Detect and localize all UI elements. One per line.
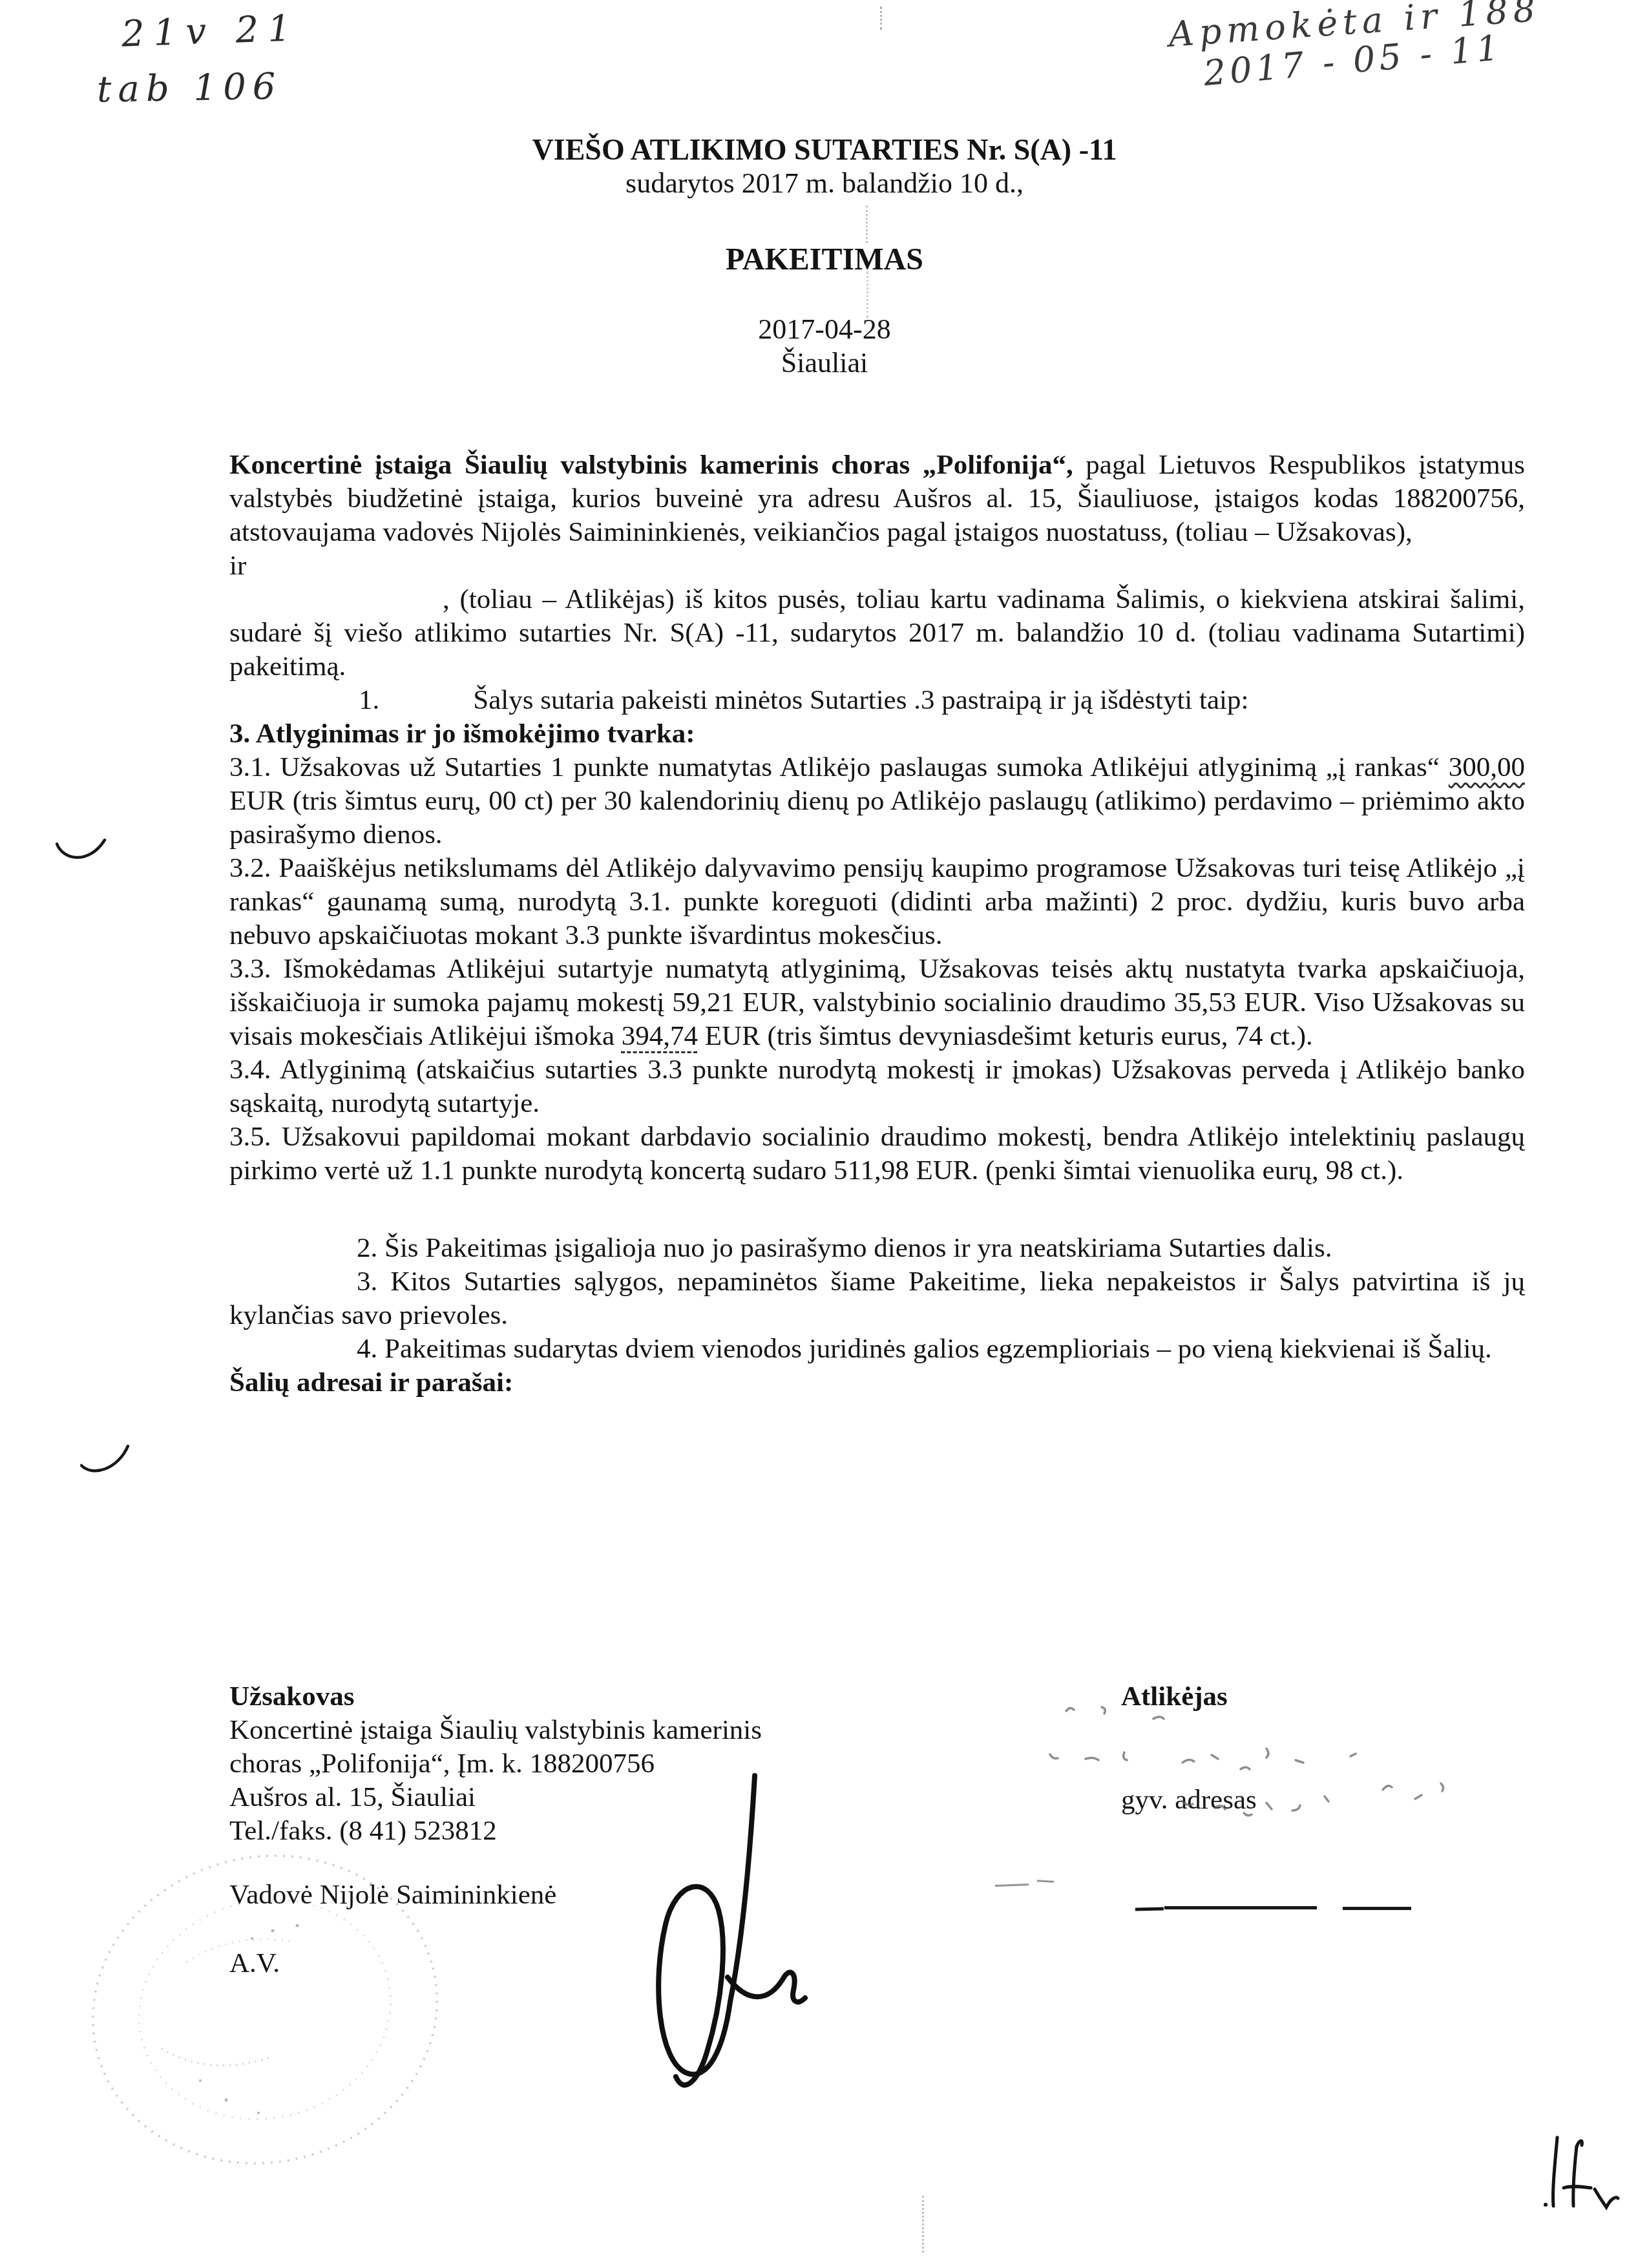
clause-3-1: 3.1. Užsakovas už Sutarties 1 punkte num… — [229, 751, 1525, 852]
paragraph-performer: , (toliau – Atlikėjas) iš kitos pusės, t… — [229, 583, 1525, 684]
performer-signature-line — [1164, 1906, 1317, 1909]
document-title: VIEŠO ATLIKIMO SUTARTIES Nr. S(A) -11 — [0, 133, 1649, 167]
client-role-label: Užsakovas — [229, 1680, 837, 1714]
clause-3-2: 3.2. Paaiškėjus netikslumams dėl Atlikėj… — [229, 852, 1525, 952]
performer-clause: , (toliau – Atlikėjas) iš kitos pusės, t… — [229, 584, 1525, 682]
item-1-number: 1. — [359, 685, 379, 715]
paragraph-parties: Koncertinė įstaiga Šiaulių valstybinis k… — [229, 448, 1525, 549]
signature-stroke — [575, 1764, 846, 2139]
corner-initials-mark — [1537, 2125, 1633, 2234]
addresses-heading: Šalių adresai ir parašai: — [229, 1366, 1525, 1400]
scan-fold-mark — [880, 6, 882, 30]
round-stamp — [58, 1829, 472, 2190]
amount-300-underlined: 300,00 — [1449, 752, 1525, 782]
clause-3-4: 3.4. Atlyginimą (atskaičius sutarties 3.… — [229, 1053, 1525, 1120]
margin-check-mark — [76, 1440, 134, 1478]
title-block: VIEŠO ATLIKIMO SUTARTIES Nr. S(A) -11 su… — [0, 133, 1649, 380]
closing-items: 2. Šis Pakeitimas įsigalioja nuo jo pasi… — [229, 1232, 1525, 1366]
document-subtitle: sudarytos 2017 m. balandžio 10 d., — [0, 167, 1649, 200]
margin-check-mark — [53, 832, 111, 871]
amendment-heading: PAKEITIMAS — [0, 243, 1649, 277]
numbered-item-1: 1.Šalys sutaria pakeisti minėtos Sutarti… — [229, 684, 1525, 717]
handwritten-note-top-left-1: 21v 21 — [121, 7, 300, 56]
scanned-contract-page: 21v 21 tab 106 Apmokėta ir 188 2017 - 05… — [0, 0, 1649, 2268]
numbered-item-4: 4. Pakeitimas sudarytas dviem vienodos j… — [229, 1332, 1525, 1366]
numbered-item-3: 3. Kitos Sutarties sąlygos, nepaminėtos … — [229, 1265, 1525, 1332]
client-address-line-1: Koncertinė įstaiga Šiaulių valstybinis k… — [229, 1714, 837, 1747]
faint-pen-mark — [995, 1884, 1029, 1887]
clause-3-3-text-b: EUR (tris šimtus devyniasdešimt keturis … — [698, 1021, 1313, 1051]
clause-3-1-text-a: 3.1. Užsakovas už Sutarties 1 punkte num… — [229, 752, 1449, 782]
conjunction-ir: ir — [229, 549, 1525, 583]
clause-3-1-text-b: EUR (tris šimtus eurų, 00 ct) per 30 kal… — [229, 786, 1525, 850]
client-name-bold: Koncertinė įstaiga Šiaulių valstybinis k… — [229, 450, 1073, 480]
scan-fold-mark — [922, 2196, 924, 2252]
amendment-city: Šiauliai — [0, 346, 1649, 380]
redacted-handwriting-speckles — [989, 1693, 1493, 1848]
performer-signature-line — [1343, 1907, 1411, 1910]
handwritten-note-top-left-2: tab 106 — [96, 66, 282, 111]
contract-body: Koncertinė įstaiga Šiaulių valstybinis k… — [229, 448, 1525, 1400]
clause-3-3: 3.3. Išmokėdamas Atlikėjui sutartyje num… — [229, 952, 1525, 1053]
section-3-heading: 3. Atlyginimas ir jo išmokėjimo tvarka: — [229, 717, 1525, 751]
clause-3-5: 3.5. Užsakovui papildomai mokant darbdav… — [229, 1120, 1525, 1188]
performer-signature-line — [1135, 1907, 1164, 1911]
amount-394-underlined: 394,74 — [622, 1021, 698, 1051]
numbered-item-2: 2. Šis Pakeitimas įsigalioja nuo jo pasi… — [229, 1232, 1525, 1265]
item-1-text: Šalys sutaria pakeisti minėtos Sutarties… — [473, 685, 1248, 715]
faint-pen-mark — [1037, 1880, 1054, 1882]
amendment-date: 2017-04-28 — [0, 313, 1649, 346]
